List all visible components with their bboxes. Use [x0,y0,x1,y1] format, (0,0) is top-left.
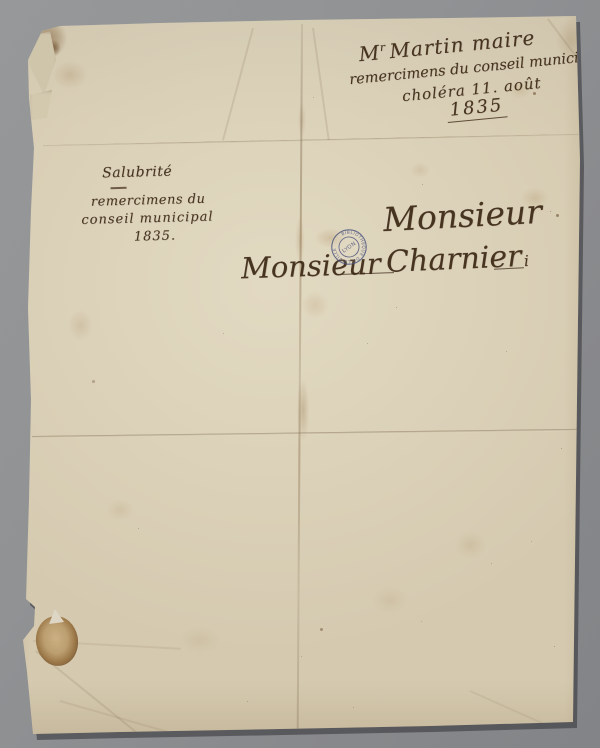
underline-dash [111,187,127,189]
wrinkle-line [312,28,329,140]
wrinkle-line [222,28,253,140]
torn-corner-flap [26,30,60,98]
archivist-note-left: Salubrité remercimens du conseil municip… [80,163,242,252]
note-year: 1835. [134,229,177,245]
fold-crease-middle [32,429,580,438]
letter-cover-sheet: MrMartin maire remercimens du conseil mu… [0,0,600,748]
note-year-underlined: 1835 [446,94,508,123]
note-line: remercimens du [91,192,206,210]
note-title-salubrite: Salubrité [102,164,172,182]
fold-crease-top [43,134,579,147]
photograph-background: MrMartin maire remercimens du conseil mu… [0,0,600,748]
address-line-monsieur: Monsieur [382,192,543,239]
addressee-name-charnier: Charnier [385,239,522,280]
torn-corner-flap [29,88,57,122]
address-end-mark: i [524,252,530,270]
archivist-note-top-right: MrMartin maire remercimens du conseil mu… [340,22,598,141]
note-line: conseil municipal [81,210,214,228]
fold-crease-vertical [297,24,303,734]
